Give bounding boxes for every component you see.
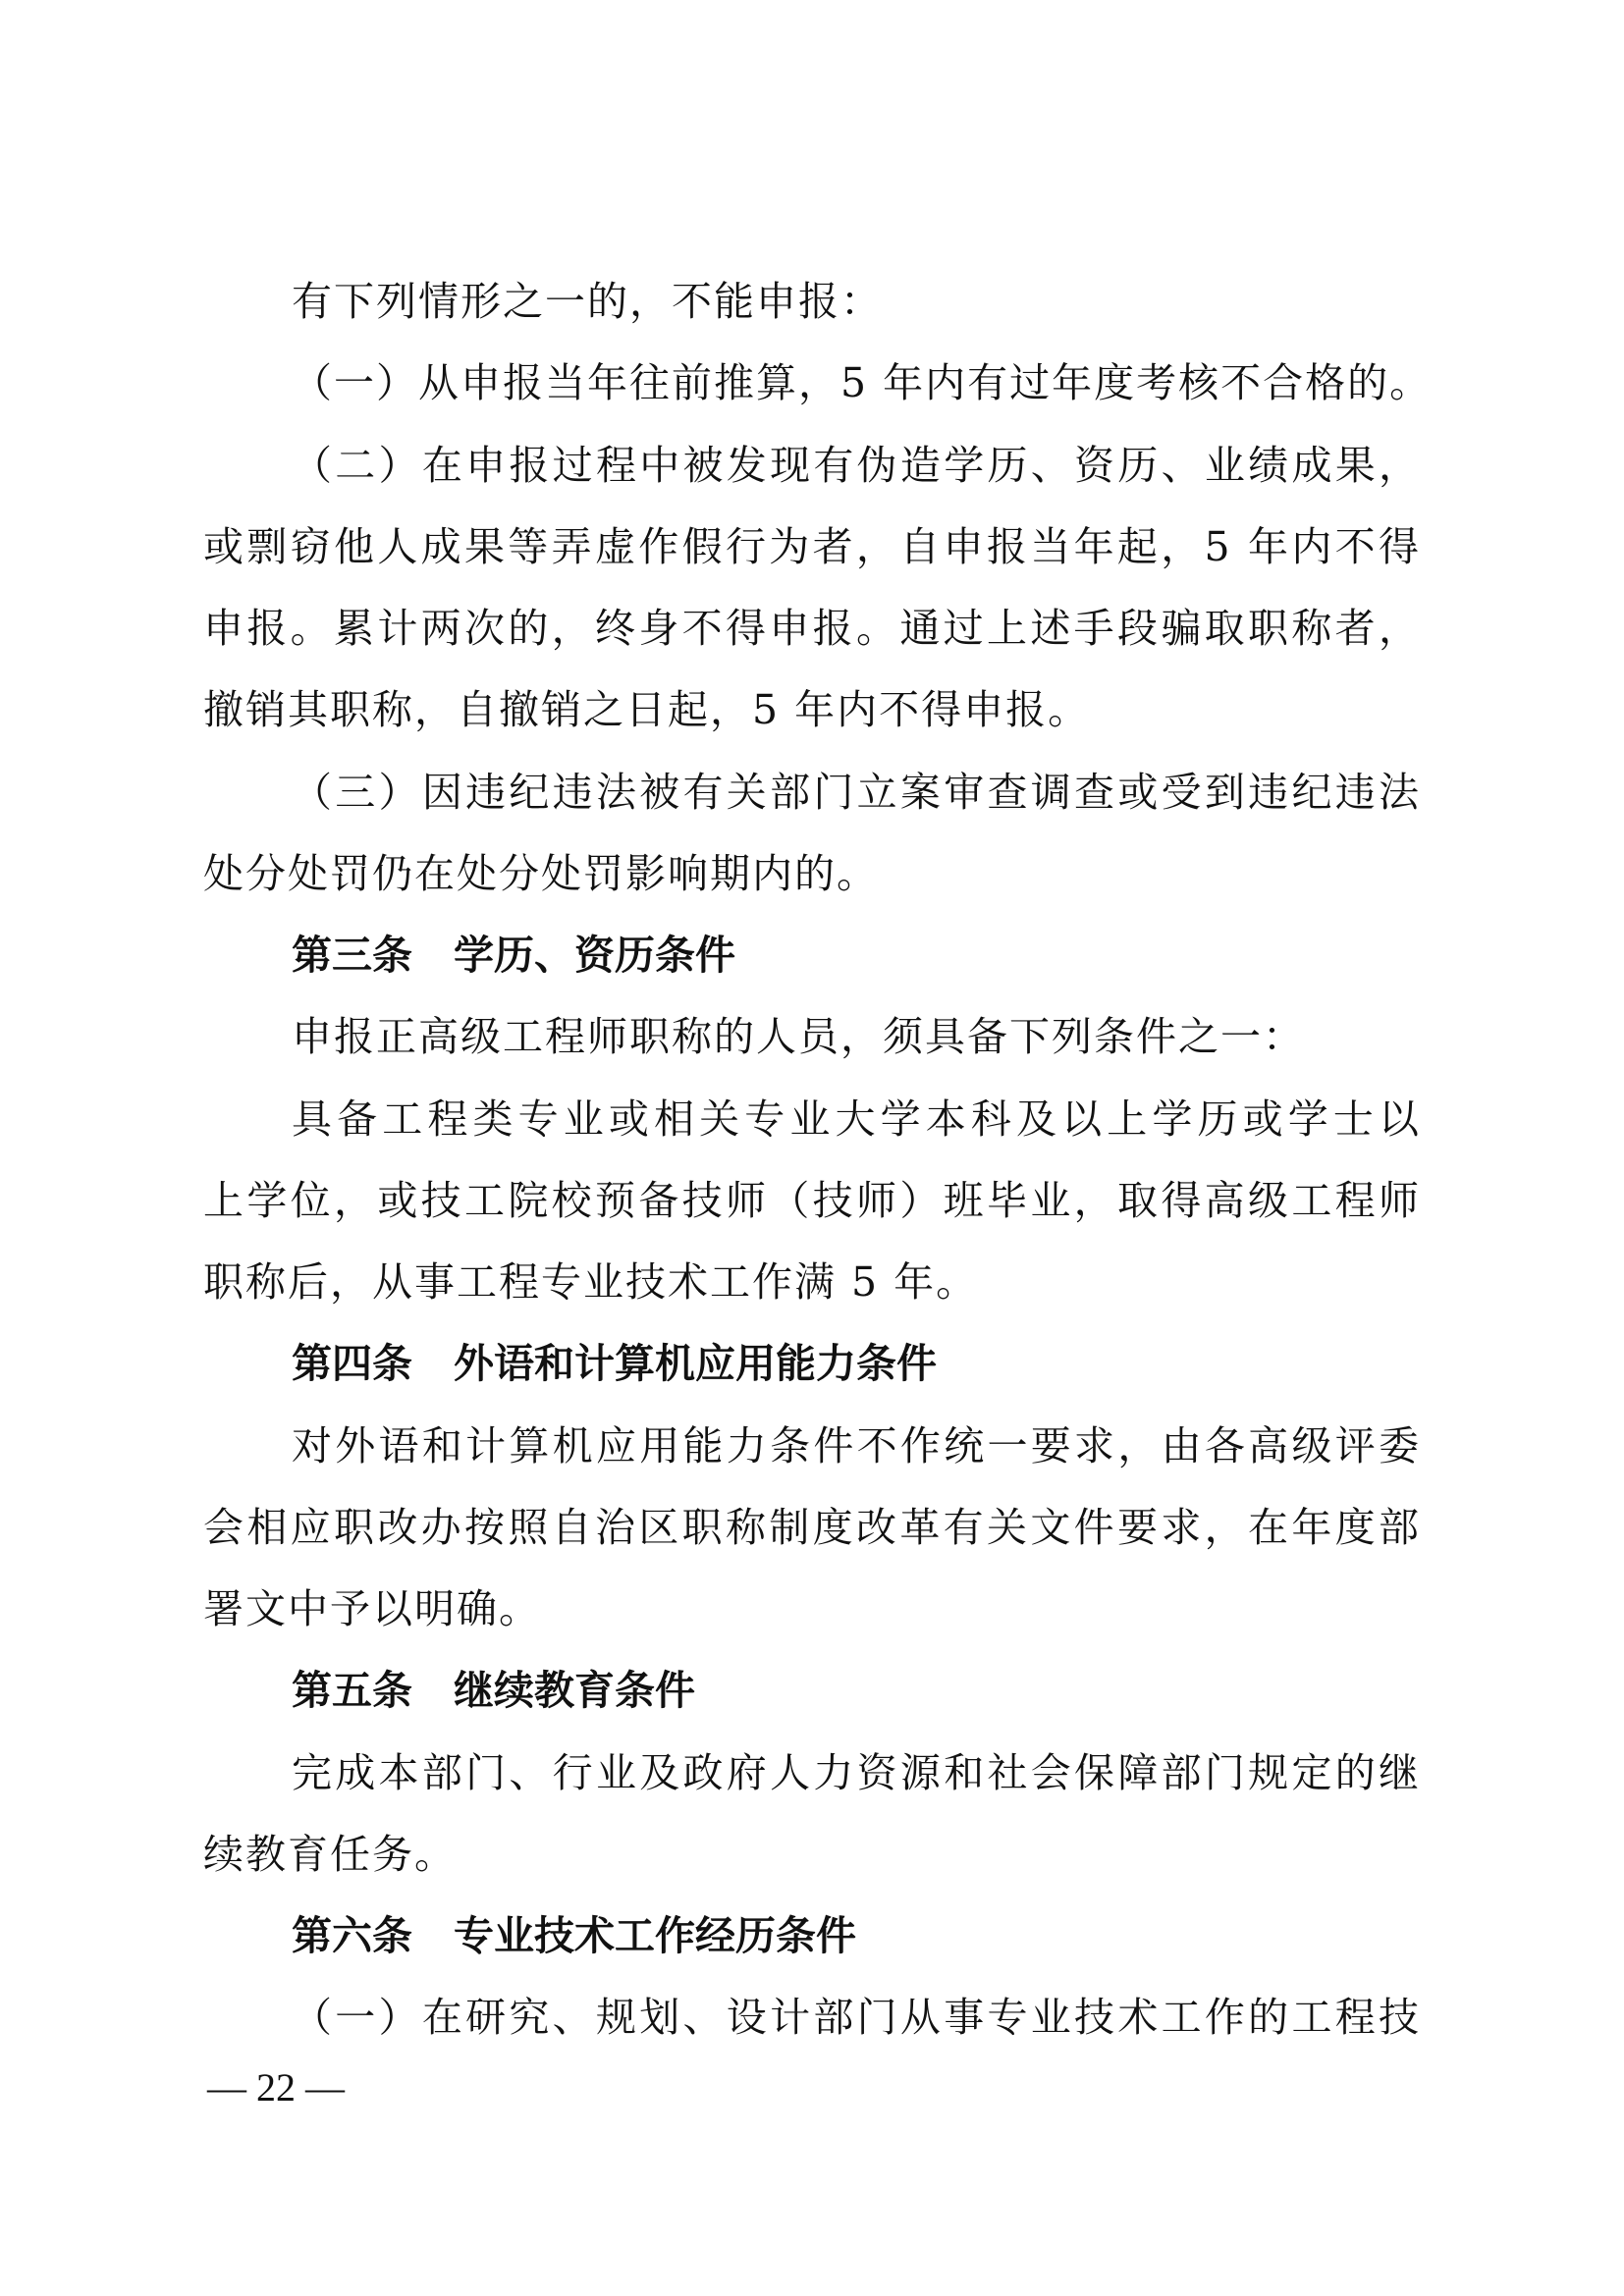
article-6-heading: 第六条专业技术工作经历条件 [203,1896,1421,1977]
article-number: 第六条 [292,1912,412,1959]
article-4-heading: 第四条外语和计算机应用能力条件 [203,1323,1421,1405]
document-page: 有下列情形之一的，不能申报： （一）从申报当年往前推算，5 年内有过年度考核不合… [0,0,1624,2296]
list-item-1-line: （一）从申报当年往前推算，5 年内有过年度考核不合格的。 [203,343,1421,424]
paragraph-line: 申报。累计两次的，终身不得申报。通过上述手段骗取职称者， [203,588,1421,669]
paragraph-line: 署文中予以明确。 [203,1569,1421,1650]
paragraph-line: 对外语和计算机应用能力条件不作统一要求，由各高级评委 [203,1406,1421,1487]
paragraph-line: 会相应职改办按照自治区职称制度改革有关文件要求，在年度部 [203,1487,1421,1569]
list-item-2-line: （二）在申报过程中被发现有伪造学历、资历、业绩成果， [203,425,1421,507]
list-item-3-line: （三）因违纪违法被有关部门立案审查调查或受到违纪违法 [203,752,1421,833]
article-title: 学历、资历条件 [454,932,735,979]
list-item-1-line: （一）在研究、规划、设计部门从事专业技术工作的工程技 [203,1977,1421,2058]
article-title: 外语和计算机应用能力条件 [454,1340,937,1387]
paragraph-line: 或剽窃他人成果等弄虚作假行为者，自申报当年起，5 年内不得 [203,507,1421,588]
page-number: — 22 — [207,2064,345,2111]
article-title: 专业技术工作经历条件 [454,1912,856,1959]
paragraph-line: 上学位，或技工院校预备技师（技师）班毕业，取得高级工程师 [203,1160,1421,1242]
article-number: 第三条 [292,932,412,979]
paragraph-line: 处分处罚仍在处分处罚影响期内的。 [203,833,1421,915]
article-title: 继续教育条件 [454,1667,695,1714]
document-body: 有下列情形之一的，不能申报： （一）从申报当年往前推算，5 年内有过年度考核不合… [203,261,1421,2059]
paragraph-line: 完成本部门、行业及政府人力资源和社会保障部门规定的继 [203,1733,1421,1814]
article-number: 第五条 [292,1667,412,1714]
paragraph-line: 有下列情形之一的，不能申报： [203,261,1421,343]
article-5-heading: 第五条继续教育条件 [203,1650,1421,1732]
paragraph-line: 职称后，从事工程专业技术工作满 5 年。 [203,1242,1421,1323]
paragraph-line: 申报正高级工程师职称的人员，须具备下列条件之一： [203,996,1421,1078]
paragraph-line: 具备工程类专业或相关专业大学本科及以上学历或学士以 [203,1079,1421,1160]
paragraph-line: 续教育任务。 [203,1814,1421,1896]
article-number: 第四条 [292,1340,412,1387]
paragraph-line: 撤销其职称，自撤销之日起，5 年内不得申报。 [203,669,1421,751]
article-3-heading: 第三条学历、资历条件 [203,915,1421,996]
